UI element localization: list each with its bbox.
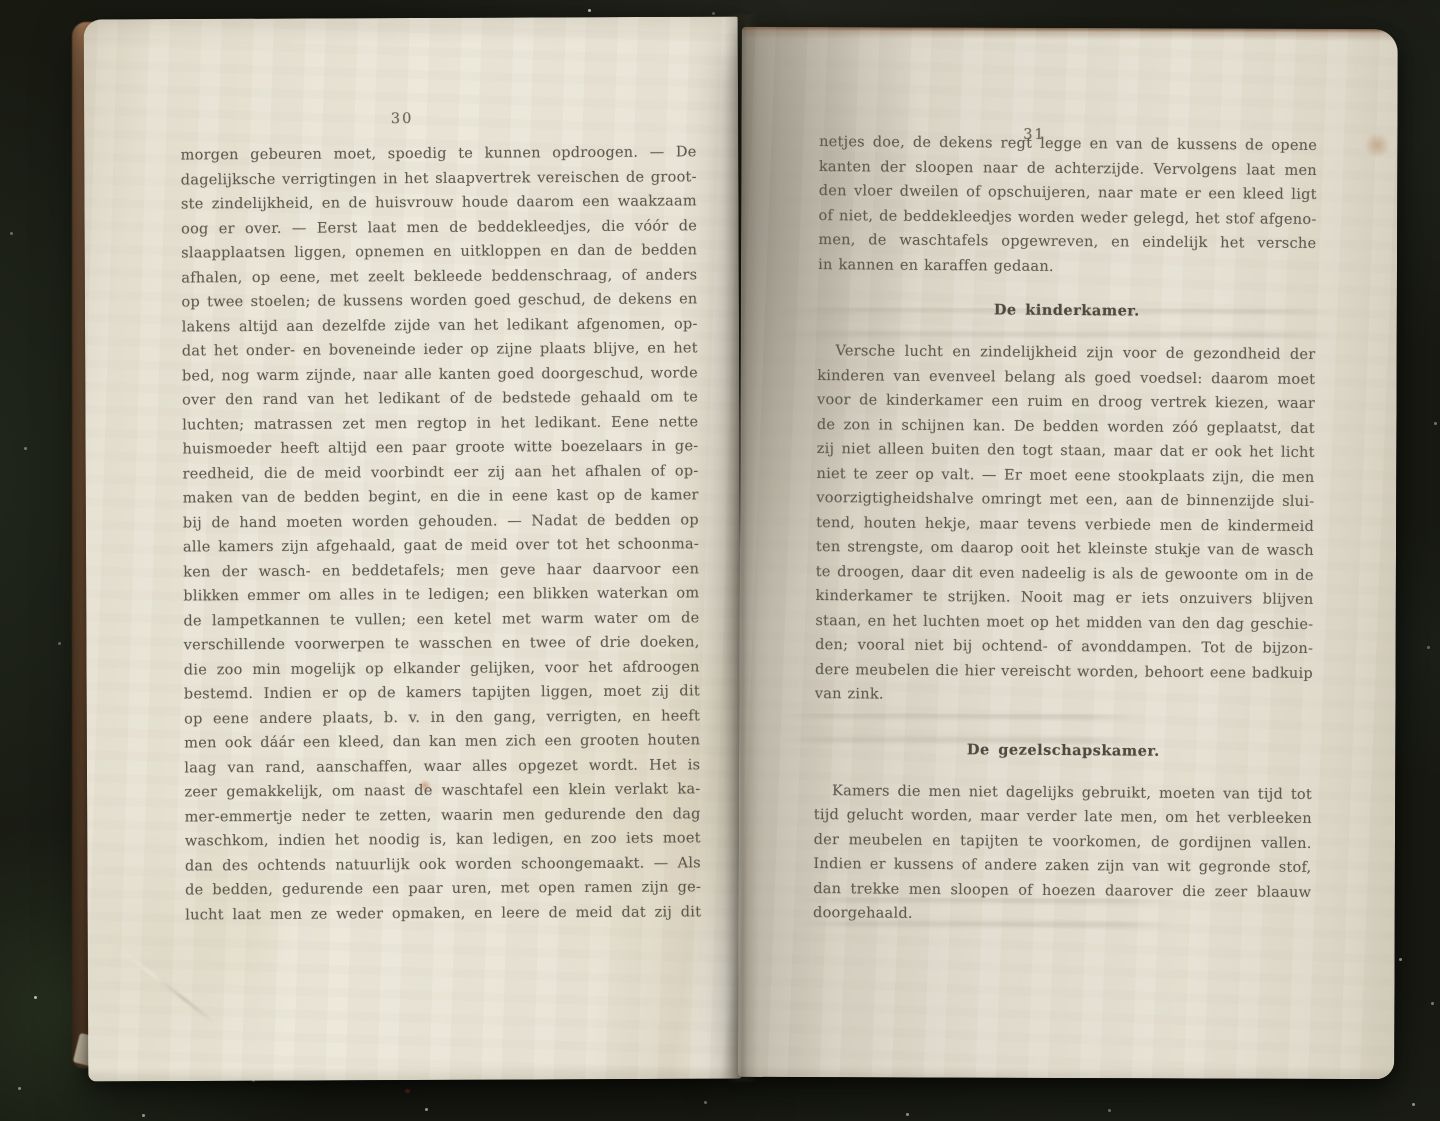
text-line: bestemd. Indien er op de kamers tapijten…	[184, 679, 700, 707]
text-line: bij de hand moeten worden gehouden. — Na…	[183, 508, 699, 536]
text-line: de lampetkannen te vullen; een ketel met…	[183, 606, 699, 634]
right-page: 31 netjes doe, de dekens regt legge en v…	[738, 27, 1398, 1079]
foxing-spot	[1363, 133, 1391, 157]
text-line: mer-emmertje neder te zetten, waarin men…	[185, 802, 701, 830]
text-line: op twee stoelen; de kussens worden goed …	[181, 287, 697, 315]
text-line: bed, nog warm zijnde, naar alle kanten g…	[182, 361, 698, 389]
section-heading: De kinderkamer.	[818, 297, 1316, 325]
text-line: men, de waschtafels opgewreven, en einde…	[818, 228, 1316, 256]
text-line: op eene andere plaats, b. v. in den gang…	[184, 704, 700, 732]
text-line: morgen gebeuren moet, spoedig te kunnen …	[181, 140, 697, 168]
text-line: dat het onder- en boveneinde ieder op zi…	[182, 336, 698, 364]
paragraph: morgen gebeuren moet, spoedig te kunnen …	[181, 140, 702, 927]
text-line: zij niet alleen buiten den togt staan, m…	[817, 437, 1315, 465]
text-line: over den rand van het ledikant of de bed…	[182, 385, 698, 413]
text-line: lucht laat men ze weder opmaken, en leer…	[185, 900, 701, 928]
right-page-text: netjes doe, de dekens regt legge en van …	[813, 130, 1317, 929]
text-line: verschillende voorwerpen te wasschen en …	[184, 630, 700, 658]
text-line: men ook dáár een kleed, dan kan men zich…	[184, 728, 700, 756]
text-line: voorzigtigheidshalve omringt met een, aa…	[816, 486, 1314, 514]
text-line: Versche lucht en zindelijkheid zijn voor…	[817, 339, 1315, 367]
text-line: afhalen, op eene, met zeelt bekleede bed…	[181, 263, 697, 291]
text-line: blikken emmer om alles in te ledigen; ee…	[183, 581, 699, 609]
paragraph: netjes doe, de dekens regt legge en van …	[818, 130, 1317, 281]
text-line: maken van de bedden begint, en die in ee…	[183, 483, 699, 511]
photo-background: 30 morgen gebeuren moet, spoedig te kunn…	[0, 0, 1440, 1121]
text-line: dagelijksche verrigtingen in het slaapve…	[181, 165, 697, 193]
text-line: de bedden, gedurende een paar uren, met …	[185, 875, 701, 903]
text-line: kinderkamer te strijken. Nooit mag er ie…	[815, 584, 1313, 612]
text-line: den vloer dweilen of opschuijeren, naar …	[819, 179, 1317, 207]
text-line: huismoeder heeft altijd een paar groote …	[182, 434, 698, 462]
text-line: waschkom, indien het noodig is, kan ledi…	[185, 826, 701, 854]
open-book: 30 morgen gebeuren moet, spoedig te kunn…	[72, 14, 1396, 1082]
text-line: dere meubelen die hier vereischt worden,…	[815, 658, 1313, 686]
left-page-text: morgen gebeuren moet, spoedig te kunnen …	[181, 140, 702, 927]
text-line: voor de kinderkamer een ruim en droog ve…	[817, 388, 1315, 416]
text-line: alle kamers zijn afgehaald, gaat de meid…	[183, 532, 699, 560]
text-line: ten strengste, om daarop ooit het kleins…	[816, 535, 1314, 563]
text-line: luchten; matrassen zet men regtop in het…	[182, 410, 698, 438]
paper-crease	[120, 949, 217, 1025]
text-line: in kannen en karaffen gedaan.	[818, 253, 1316, 281]
page-number-left: 30	[144, 107, 660, 131]
section-heading: De gezelschapskamer.	[814, 737, 1312, 765]
paragraph: Kamers die men niet dagelijks gebruikt, …	[813, 779, 1312, 930]
text-line: zeer gemakkelijk, om naast de waschtafel…	[184, 777, 700, 805]
text-line: dan des ochtends natuurlijk ook worden s…	[185, 851, 701, 879]
text-line: Indien er kussens of andere zaken zijn v…	[813, 852, 1311, 880]
text-line: reedheid, die de meid voorbindt eer zij …	[182, 459, 698, 487]
text-line: van zink.	[815, 682, 1313, 710]
text-line: doorgehaald.	[813, 901, 1311, 929]
text-line: den; vooral niet bij ochtend- of avondda…	[815, 633, 1313, 661]
text-line: ken der wasch- en beddetafels; men geve …	[183, 557, 699, 585]
text-line: tijd gelucht worden, maar verder late me…	[814, 803, 1312, 831]
text-line: laag van rand, aanschaffen, waar alles o…	[184, 753, 700, 781]
left-page: 30 morgen gebeuren moet, spoedig te kunn…	[84, 17, 743, 1082]
paragraph: Versche lucht en zindelijkheid zijn voor…	[815, 339, 1316, 710]
text-line: netjes doe, de dekens regt legge en van …	[819, 130, 1317, 158]
text-line: oog er over. — Eerst laat men de beddekl…	[181, 214, 697, 242]
text-line: die zoo min mogelijk op elkander gelijke…	[184, 655, 700, 683]
text-line: lakens altijd aan dezelfde zijde van het…	[182, 312, 698, 340]
text-line: slaapplaatsen liggen, opnemen en uitklop…	[181, 238, 697, 266]
red-speck	[405, 1089, 410, 1093]
text-line: ste zindelijkheid, en de huisvrouw houde…	[181, 189, 697, 217]
